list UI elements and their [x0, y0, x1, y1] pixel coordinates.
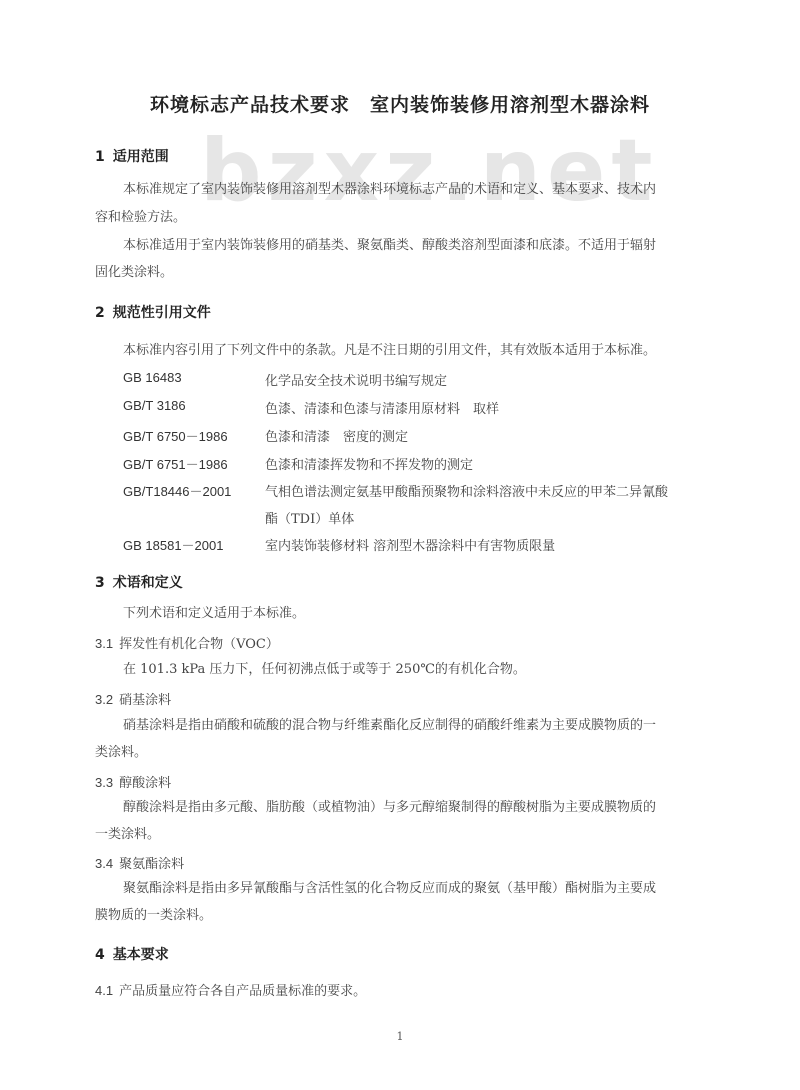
term-number: 3.2	[95, 692, 113, 707]
paragraph-line: 本标准内容引用了下列文件中的条款。凡是不注日期的引用文件，其有效版本适用于本标准…	[123, 342, 656, 359]
term-heading: 3.4聚氨酯涂料	[95, 853, 184, 872]
reference-title: 室内装饰装修材料 溶剂型木器涂料中有害物质限量	[265, 535, 555, 554]
section-title: 术语和定义	[113, 575, 183, 591]
section-number: 1	[95, 149, 105, 165]
requirement-item: 4.1产品质量应符合各自产品质量标准的要求。	[95, 980, 366, 999]
term-definition: 类涂料。	[95, 744, 147, 761]
reference-title-continued: 酯（TDI）单体	[265, 508, 354, 527]
section-number: 4	[95, 947, 105, 963]
section-number: 3	[95, 575, 105, 591]
term-definition: 在 101.3 kPa 压力下，任何初沸点低于或等于 250℃的有机化合物。	[123, 661, 526, 678]
term-definition: 膜物质的一类涂料。	[95, 907, 212, 924]
term-heading: 3.3醇酸涂料	[95, 772, 171, 791]
reference-code: GB/T 6751－1986	[123, 454, 228, 473]
page-number: 1	[0, 1030, 800, 1043]
section-title: 规范性引用文件	[113, 305, 211, 321]
item-number: 4.1	[95, 983, 113, 998]
section-2-heading: 2规范性引用文件	[95, 302, 211, 322]
term-name: 聚氨酯涂料	[119, 857, 184, 872]
item-text: 产品质量应符合各自产品质量标准的要求。	[119, 984, 366, 999]
section-4-heading: 4基本要求	[95, 944, 169, 964]
term-name: 挥发性有机化合物（VOC）	[119, 637, 279, 652]
term-definition: 醇酸涂料是指由多元酸、脂肪酸（或植物油）与多元醇缩聚制得的醇酸树脂为主要成膜物质…	[123, 799, 656, 816]
term-heading: 3.2硝基涂料	[95, 689, 171, 708]
reference-title: 色漆、清漆和色漆与清漆用原材料 取样	[265, 398, 499, 417]
term-definition: 一类涂料。	[95, 826, 160, 843]
term-number: 3.1	[95, 636, 113, 651]
term-name: 醇酸涂料	[119, 776, 171, 791]
section-number: 2	[95, 305, 105, 321]
watermark: bzxz.net	[200, 128, 658, 214]
document-page: bzxz.net 环境标志产品技术要求 室内装饰装修用溶剂型木器涂料 1适用范围…	[0, 0, 800, 1090]
reference-code: GB 16483	[123, 370, 182, 385]
paragraph-line: 本标准规定了室内装饰装修用溶剂型木器涂料环境标志产品的术语和定义、基本要求、技术…	[123, 181, 656, 198]
reference-code: GB/T 6750－1986	[123, 426, 228, 445]
section-title: 适用范围	[113, 149, 169, 165]
paragraph-line: 容和检验方法。	[95, 209, 186, 226]
reference-title: 色漆和清漆 密度的测定	[265, 426, 408, 445]
reference-title: 化学品安全技术说明书编写规定	[265, 370, 447, 389]
term-number: 3.4	[95, 856, 113, 871]
section-1-heading: 1适用范围	[95, 146, 169, 166]
reference-code: GB/T 3186	[123, 398, 186, 413]
reference-code: GB 18581－2001	[123, 535, 223, 554]
document-title: 环境标志产品技术要求 室内装饰装修用溶剂型木器涂料	[0, 90, 800, 117]
term-heading: 3.1挥发性有机化合物（VOC）	[95, 633, 279, 652]
reference-title: 气相色谱法测定氨基甲酸酯预聚物和涂料溶液中未反应的甲苯二异氰酸	[265, 481, 668, 500]
term-number: 3.3	[95, 775, 113, 790]
term-definition: 聚氨酯涂料是指由多异氰酸酯与含活性氢的化合物反应而成的聚氨（基甲酸）酯树脂为主要…	[123, 880, 656, 897]
reference-title: 色漆和清漆挥发物和不挥发物的测定	[265, 454, 473, 473]
section-title: 基本要求	[113, 947, 169, 963]
paragraph-line: 下列术语和定义适用于本标准。	[123, 605, 305, 622]
paragraph-line: 本标准适用于室内装饰装修用的硝基类、聚氨酯类、醇酸类溶剂型面漆和底漆。不适用于辐…	[123, 237, 656, 254]
section-3-heading: 3术语和定义	[95, 572, 183, 592]
paragraph-line: 固化类涂料。	[95, 264, 173, 281]
term-name: 硝基涂料	[119, 693, 171, 708]
reference-code: GB/T18446－2001	[123, 481, 231, 500]
term-definition: 硝基涂料是指由硝酸和硫酸的混合物与纤维素酯化反应制得的硝酸纤维素为主要成膜物质的…	[123, 717, 656, 734]
